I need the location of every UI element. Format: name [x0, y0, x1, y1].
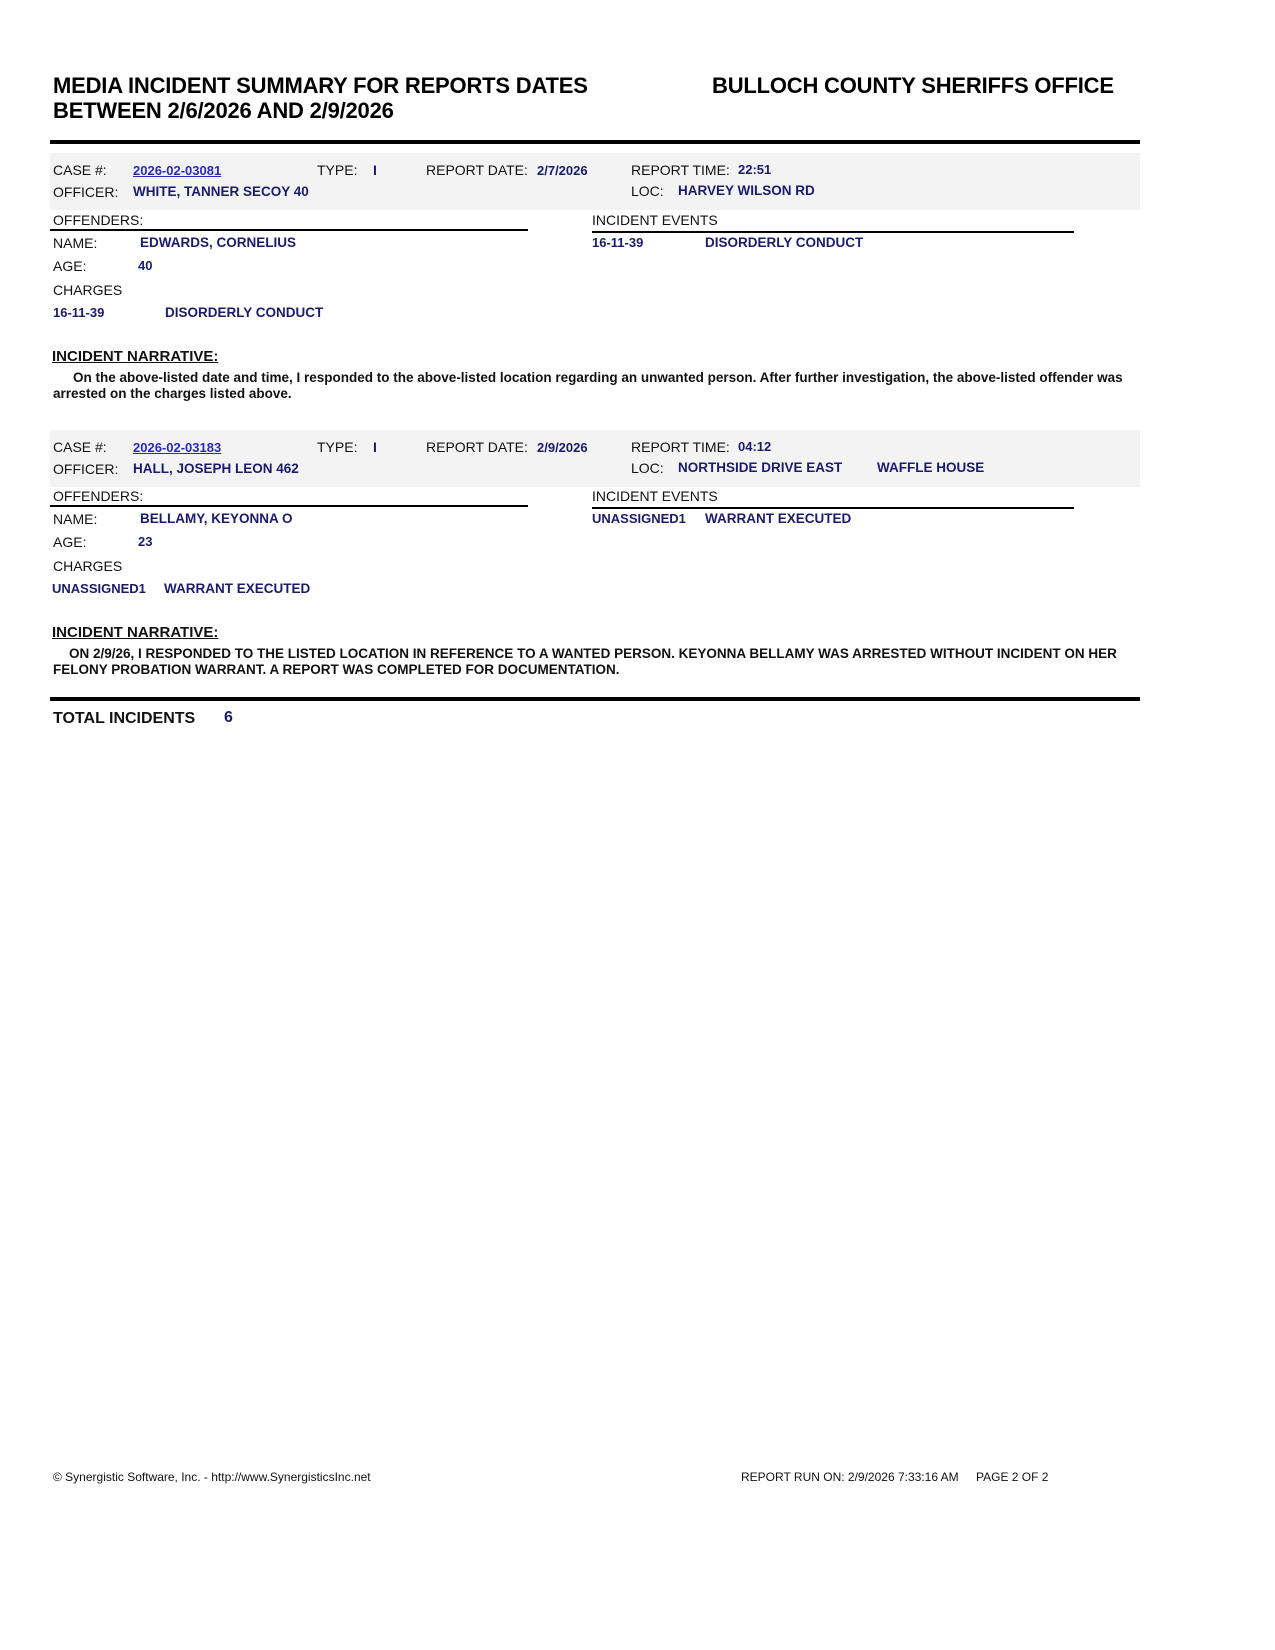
type-label: TYPE:: [317, 162, 357, 178]
name-label: NAME:: [53, 511, 97, 527]
incident-header-band: [50, 430, 1140, 487]
event-code: UNASSIGNED1: [592, 511, 686, 526]
case-label: CASE #:: [53, 162, 107, 178]
offender-name: EDWARDS, CORNELIUS: [140, 235, 296, 250]
header-rule: [50, 140, 1140, 144]
charge-code: UNASSIGNED1: [52, 581, 146, 596]
type-value: I: [373, 162, 377, 178]
charges-label: CHARGES: [53, 558, 122, 574]
case-number-link[interactable]: 2026-02-03183: [133, 440, 221, 455]
narrative-text: On the above-listed date and time, I res…: [53, 370, 1153, 402]
totals-rule: [50, 697, 1140, 701]
name-label: NAME:: [53, 235, 97, 251]
type-label: TYPE:: [317, 439, 357, 455]
report-title-line2: BETWEEN 2/6/2026 AND 2/9/2026: [53, 98, 394, 123]
age-label: AGE:: [53, 534, 86, 550]
incident-header-band: [50, 153, 1140, 210]
location-value: HARVEY WILSON RD: [678, 183, 815, 198]
officer-label: OFFICER:: [53, 184, 118, 200]
report-date-value: 2/7/2026: [537, 163, 588, 178]
narrative-heading: INCIDENT NARRATIVE:: [52, 348, 218, 365]
incident-events-heading: INCIDENT EVENTS: [592, 212, 718, 228]
report-date-label: REPORT DATE:: [426, 439, 528, 455]
charge-description: DISORDERLY CONDUCT: [165, 305, 323, 320]
incident-events-rule: [592, 507, 1074, 509]
offender-age: 40: [138, 258, 152, 273]
report-time-value: 04:12: [738, 439, 771, 454]
incident-events-rule: [592, 231, 1074, 233]
charges-label: CHARGES: [53, 282, 122, 298]
offenders-rule: [50, 505, 528, 507]
location-value: NORTHSIDE DRIVE EAST: [678, 460, 842, 475]
location-label: LOC:: [631, 183, 664, 199]
charge-code: 16-11-39: [53, 305, 104, 320]
charge-description: WARRANT EXECUTED: [164, 581, 310, 596]
report-title-line1: MEDIA INCIDENT SUMMARY FOR REPORTS DATES: [53, 73, 588, 98]
offenders-heading: OFFENDERS:: [53, 488, 143, 504]
total-incidents-label: TOTAL INCIDENTS: [53, 710, 195, 728]
incident-events-heading: INCIDENT EVENTS: [592, 488, 718, 504]
case-label: CASE #:: [53, 439, 107, 455]
offender-age: 23: [138, 534, 152, 549]
agency-name: BULLOCH COUNTY SHERIFFS OFFICE: [712, 73, 1114, 98]
footer-page-number: PAGE 2 OF 2: [976, 1470, 1048, 1484]
offenders-rule: [50, 229, 528, 231]
event-description: DISORDERLY CONDUCT: [705, 235, 863, 250]
officer-label: OFFICER:: [53, 461, 118, 477]
event-code: 16-11-39: [592, 235, 643, 250]
footer-copyright: © Synergistic Software, Inc. - http://ww…: [53, 1470, 371, 1484]
event-description: WARRANT EXECUTED: [705, 511, 851, 526]
narrative-heading: INCIDENT NARRATIVE:: [52, 624, 218, 641]
report-time-label: REPORT TIME:: [631, 439, 730, 455]
location-extra: WAFFLE HOUSE: [877, 460, 984, 475]
type-value: I: [373, 439, 377, 455]
officer-value: WHITE, TANNER SECOY 40: [133, 184, 309, 199]
report-time-value: 22:51: [738, 162, 771, 177]
officer-value: HALL, JOSEPH LEON 462: [133, 461, 299, 476]
footer-run-on: REPORT RUN ON: 2/9/2026 7:33:16 AM: [741, 1470, 959, 1484]
offender-name: BELLAMY, KEYONNA O: [140, 511, 293, 526]
case-number-link[interactable]: 2026-02-03081: [133, 163, 221, 178]
report-time-label: REPORT TIME:: [631, 162, 730, 178]
report-date-label: REPORT DATE:: [426, 162, 528, 178]
narrative-text: ON 2/9/26, I RESPONDED TO THE LISTED LOC…: [53, 646, 1163, 678]
age-label: AGE:: [53, 258, 86, 274]
offenders-heading: OFFENDERS:: [53, 212, 143, 228]
location-label: LOC:: [631, 460, 664, 476]
report-date-value: 2/9/2026: [537, 440, 588, 455]
total-incidents-value: 6: [224, 709, 233, 727]
